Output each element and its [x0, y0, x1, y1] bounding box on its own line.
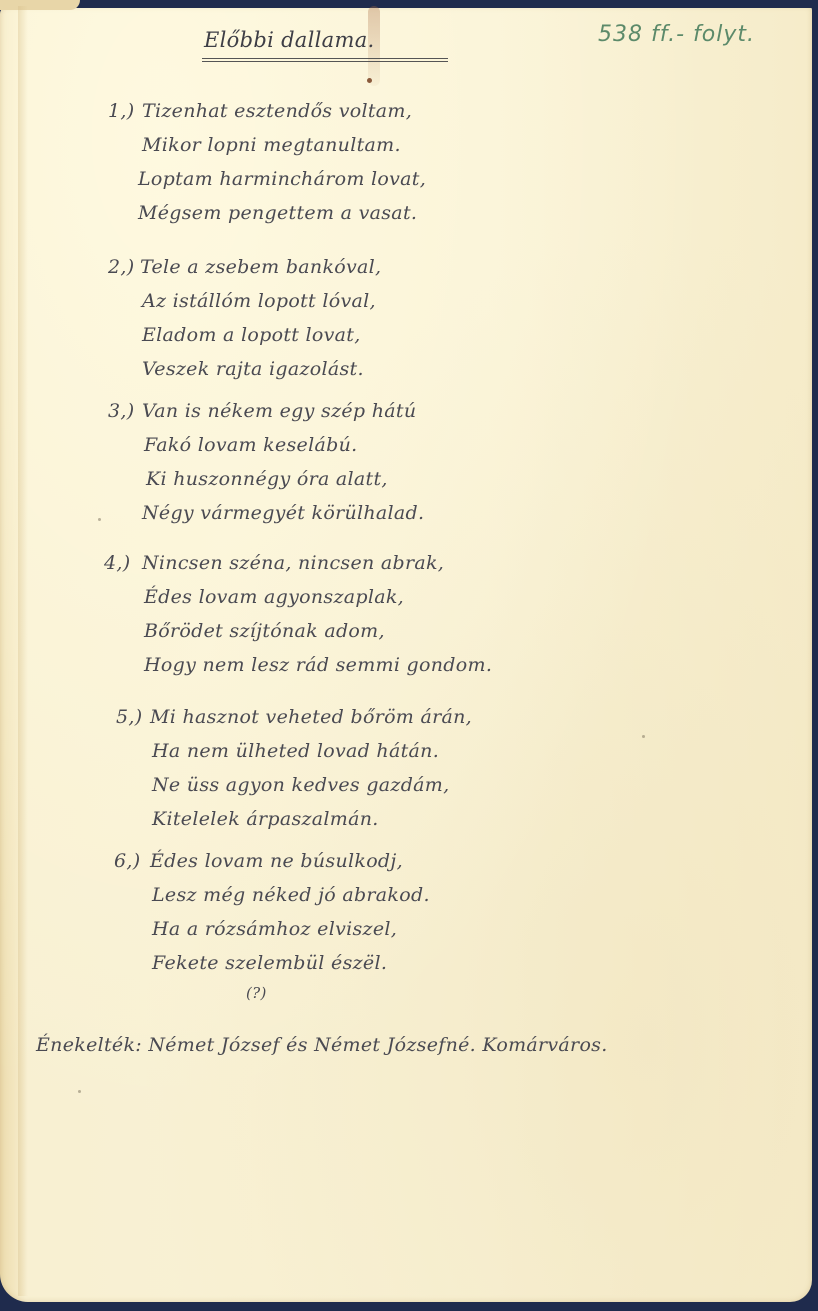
paper-speck	[78, 1090, 81, 1093]
verse-line: Van is nékem egy szép hátú	[142, 394, 424, 428]
verse-line: Az istállóm lopott lóval,	[142, 284, 381, 318]
verse-line: Veszek rajta igazolást.	[142, 352, 381, 386]
paper-speck	[98, 518, 101, 521]
paper-fold-shadow	[18, 6, 28, 1296]
verse-line: Mi hasznot veheted bőröm árán,	[150, 700, 472, 734]
verse-line: Bőrödet szíjtónak adom,	[144, 614, 492, 648]
verse-line: Ne üss agyon kedves gazdám,	[152, 768, 472, 802]
verse-line: Mikor lopni megtanultam.	[142, 128, 426, 162]
verse-line: Eladom a lopott lovat,	[142, 318, 381, 352]
verse-line: Fakó lovam keselábú.	[144, 428, 424, 462]
verse-line: Kitelelek árpaszalmán.	[152, 802, 472, 836]
verse-line: Hogy nem lesz rád semmi gondom.	[144, 648, 492, 682]
torn-corner	[0, 0, 80, 10]
bottom-edge-background	[0, 1302, 818, 1311]
verse-line: Nincsen széna, nincsen abrak,	[142, 546, 492, 580]
uncertain-reading-mark: (?)	[246, 984, 267, 1002]
verse-line: Ha a rózsámhoz elviszel,	[152, 912, 430, 946]
verse-line: Édes lovam ne búsulkodj,	[150, 844, 430, 878]
verse-line: Édes lovam agyonszaplak,	[144, 580, 492, 614]
verse-line: Fekete szelembül észël.	[152, 946, 430, 980]
page-title: Előbbi dallama.	[204, 28, 375, 52]
verse-line: Tele a zsebem bankóval,	[140, 250, 381, 284]
right-edge-background	[812, 0, 818, 1311]
verse-line: Ki huszonnégy óra alatt,	[146, 462, 424, 496]
verse-line: Ha nem ülheted lovad hátán.	[152, 734, 472, 768]
catalog-reference-note: 538 ff.- folyt.	[598, 22, 755, 47]
ink-spot	[367, 78, 372, 83]
top-edge-background	[0, 0, 818, 8]
verse-line: Lesz még néked jó abrakod.	[152, 878, 430, 912]
verse-line: Tizenhat esztendős voltam,	[142, 94, 426, 128]
verse-line: Mégsem pengettem a vasat.	[138, 196, 426, 230]
paper-speck	[642, 735, 645, 738]
verse-line: Loptam harminchárom lovat,	[138, 162, 426, 196]
title-double-underline	[202, 58, 448, 62]
singers-attribution: Énekelték: Német József és Német Józsefn…	[36, 1034, 608, 1056]
verse-line: Négy vármegyét körülhalad.	[142, 496, 424, 530]
